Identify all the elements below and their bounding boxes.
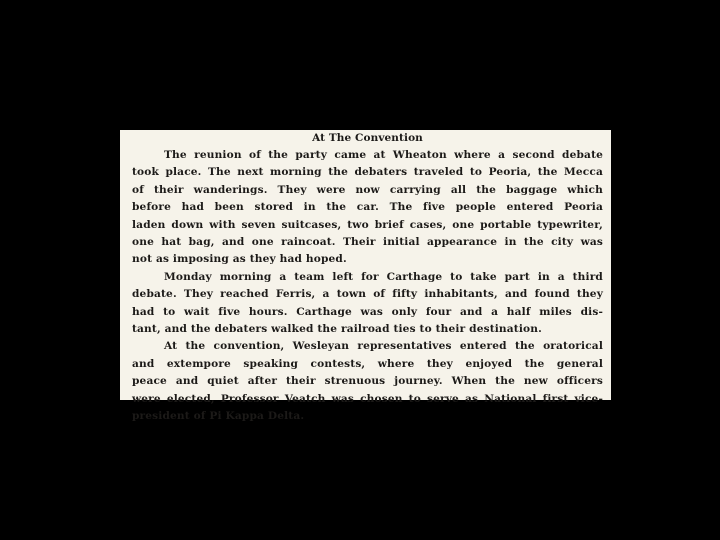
paragraph-1: The reunion of the party came at Wheaton… [132, 147, 603, 269]
slide-background: At The Convention The reunion of the par… [0, 0, 720, 540]
text-line: president of Pi Kappa Delta. [132, 408, 603, 425]
text-line: before had been stored in the car. The f… [132, 199, 603, 216]
text-line: not as imposing as they had hoped. [132, 251, 603, 268]
text-line: Monday morning a team left for Carthage … [132, 269, 603, 286]
text-line: of their wanderings. They were now carry… [132, 182, 603, 199]
text-line: At the convention, Wesleyan representati… [132, 338, 603, 355]
paragraph-2: Monday morning a team left for Carthage … [132, 269, 603, 339]
text-line: and extempore speaking contests, where t… [132, 356, 603, 373]
text-line: laden down with seven suitcases, two bri… [132, 217, 603, 234]
text-line: took place. The next morning the debater… [132, 164, 603, 181]
article-heading: At The Convention [132, 132, 603, 145]
text-line: debate. They reached Ferris, a town of f… [132, 286, 603, 303]
text-line: tant, and the debaters walked the railro… [132, 321, 603, 338]
text-line: one hat bag, and one raincoat. Their ini… [132, 234, 603, 251]
text-line: had to wait five hours. Carthage was onl… [132, 304, 603, 321]
text-line: peace and quiet after their strenuous jo… [132, 373, 603, 390]
text-line: The reunion of the party came at Wheaton… [132, 147, 603, 164]
newspaper-clipping: At The Convention The reunion of the par… [120, 130, 611, 400]
text-line: were elected, Professor Veatch was chose… [132, 391, 603, 408]
paragraph-3: At the convention, Wesleyan representati… [132, 338, 603, 425]
